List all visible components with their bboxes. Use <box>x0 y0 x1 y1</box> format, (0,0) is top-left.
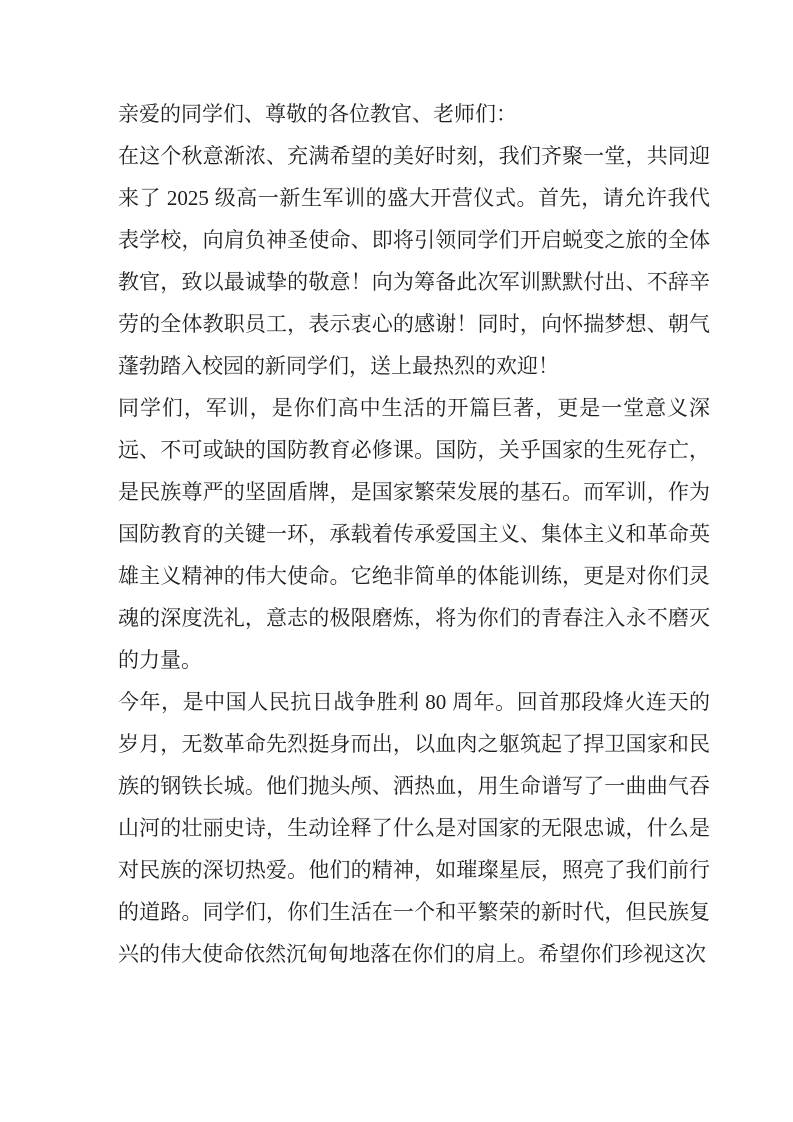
paragraph-military-training-significance: 同学们，军训，是你们高中生活的开篇巨著，更是一堂意义深远、不可或缺的国防教育必修… <box>118 387 710 681</box>
salutation-line: 亲爱的同学们、尊敬的各位教官、老师们： <box>118 93 710 135</box>
paragraph-war-victory-anniversary: 今年，是中国人民抗日战争胜利 80 周年。回首那段烽火连天的岁月，无数革命先烈挺… <box>118 681 710 975</box>
paragraph-welcome: 在这个秋意渐浓、充满希望的美好时刻，我们齐聚一堂，共同迎来了 2025 级高一新… <box>118 135 710 387</box>
document-page: 亲爱的同学们、尊敬的各位教官、老师们： 在这个秋意渐浓、充满希望的美好时刻，我们… <box>0 0 793 1122</box>
document-body: 亲爱的同学们、尊敬的各位教官、老师们： 在这个秋意渐浓、充满希望的美好时刻，我们… <box>118 93 710 975</box>
